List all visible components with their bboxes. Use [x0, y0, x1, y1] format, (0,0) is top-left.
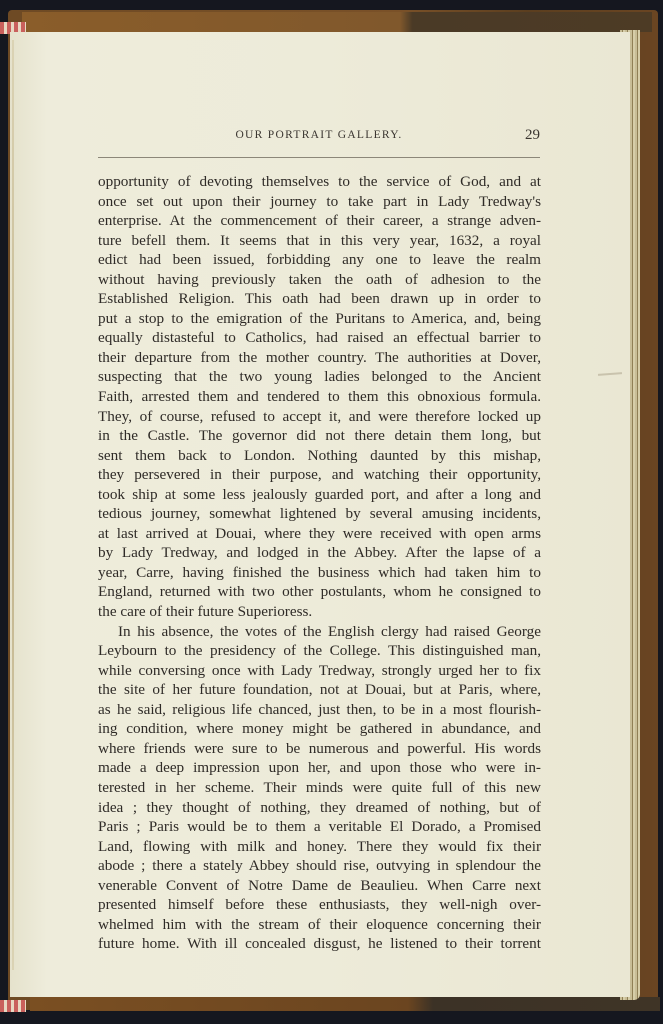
- body-text: opportunity of devoting themselves to th…: [98, 172, 541, 954]
- text-line: Paris ; Paris would be to them a veritab…: [98, 817, 541, 837]
- running-title: OUR PORTRAIT GALLERY.: [98, 129, 540, 141]
- text-line: once set out upon their journey to take …: [98, 192, 541, 212]
- text-line: the site of her future foundation, not a…: [98, 680, 541, 700]
- running-head: OUR PORTRAIT GALLERY. 29: [98, 127, 540, 147]
- text-line: they persevered in their purpose, and wa…: [98, 465, 541, 485]
- text-line: Established Religion. This oath had been…: [98, 289, 541, 309]
- text-line: their departure from the mother country.…: [98, 348, 541, 368]
- text-line: edict had been issued, forbidding any on…: [98, 250, 541, 270]
- text-line: put a stop to the emigration of the Puri…: [98, 309, 541, 329]
- text-line: equally distasteful to Catholics, had ra…: [98, 328, 541, 348]
- text-line: venerable Convent of Notre Dame de Beaul…: [98, 876, 541, 896]
- cover-bottom-edge: [30, 997, 660, 1011]
- text-line: In his absence, the votes of the English…: [98, 622, 541, 642]
- text-line: made a deep impression upon her, and upo…: [98, 758, 541, 778]
- text-line: as he said, religious life chanced, just…: [98, 700, 541, 720]
- text-line: tedious journey, somewhat lightened by s…: [98, 504, 541, 524]
- text-line: enterprise. At the commencement of their…: [98, 211, 541, 231]
- text-line: England, returned with two other postula…: [98, 582, 541, 602]
- text-line: terested in her scheme. Their minds were…: [98, 778, 541, 798]
- text-line: ture befell them. It seems that in this …: [98, 231, 541, 251]
- text-line: whelmed him with the stream of their elo…: [98, 915, 541, 935]
- text-line: at last arrived at Douai, where they wer…: [98, 524, 541, 544]
- text-line: suspecting that the two young ladies bel…: [98, 367, 541, 387]
- text-line: by Lady Tredway, and lodged in the Abbey…: [98, 543, 541, 563]
- text-line: ing condition, where money might be gath…: [98, 719, 541, 739]
- text-line: the care of their future Superioress.: [98, 602, 541, 622]
- text-line: while conversing once with Lady Tredway,…: [98, 661, 541, 681]
- text-line: where friends were sure to be numerous a…: [98, 739, 541, 759]
- text-line: Leybourn to the presidency of the Colleg…: [98, 641, 541, 661]
- text-line: year, Carre, having finished the busines…: [98, 563, 541, 583]
- text-line: They, of course, refused to accept it, a…: [98, 407, 541, 427]
- page-number: 29: [525, 127, 540, 144]
- paragraph: opportunity of devoting themselves to th…: [98, 172, 541, 622]
- headband-bottom: [0, 1000, 26, 1012]
- text-line: abode ; there a stately Abbey should ris…: [98, 856, 541, 876]
- text-line: opportunity of devoting themselves to th…: [98, 172, 541, 192]
- text-line: idea ; they thought of nothing, they dre…: [98, 798, 541, 818]
- paragraph: In his absence, the votes of the English…: [98, 622, 541, 954]
- text-line: presented himself before these enthusias…: [98, 895, 541, 915]
- text-line: in the Castle. The governor did not ther…: [98, 426, 541, 446]
- text-line: without having previously taken the oath…: [98, 270, 541, 290]
- text-line: future home. With ill concealed disgust,…: [98, 934, 541, 954]
- text-line: took ship at some less jealously guarded…: [98, 485, 541, 505]
- gutter-fold: [12, 40, 14, 970]
- text-line: sent them back to London. Nothing daunte…: [98, 446, 541, 466]
- text-line: Faith, arrested them and tendered to the…: [98, 387, 541, 407]
- header-rule: [98, 157, 540, 158]
- cover-top-edge: [22, 12, 652, 32]
- text-line: Land, flowing with milk and honey. There…: [98, 837, 541, 857]
